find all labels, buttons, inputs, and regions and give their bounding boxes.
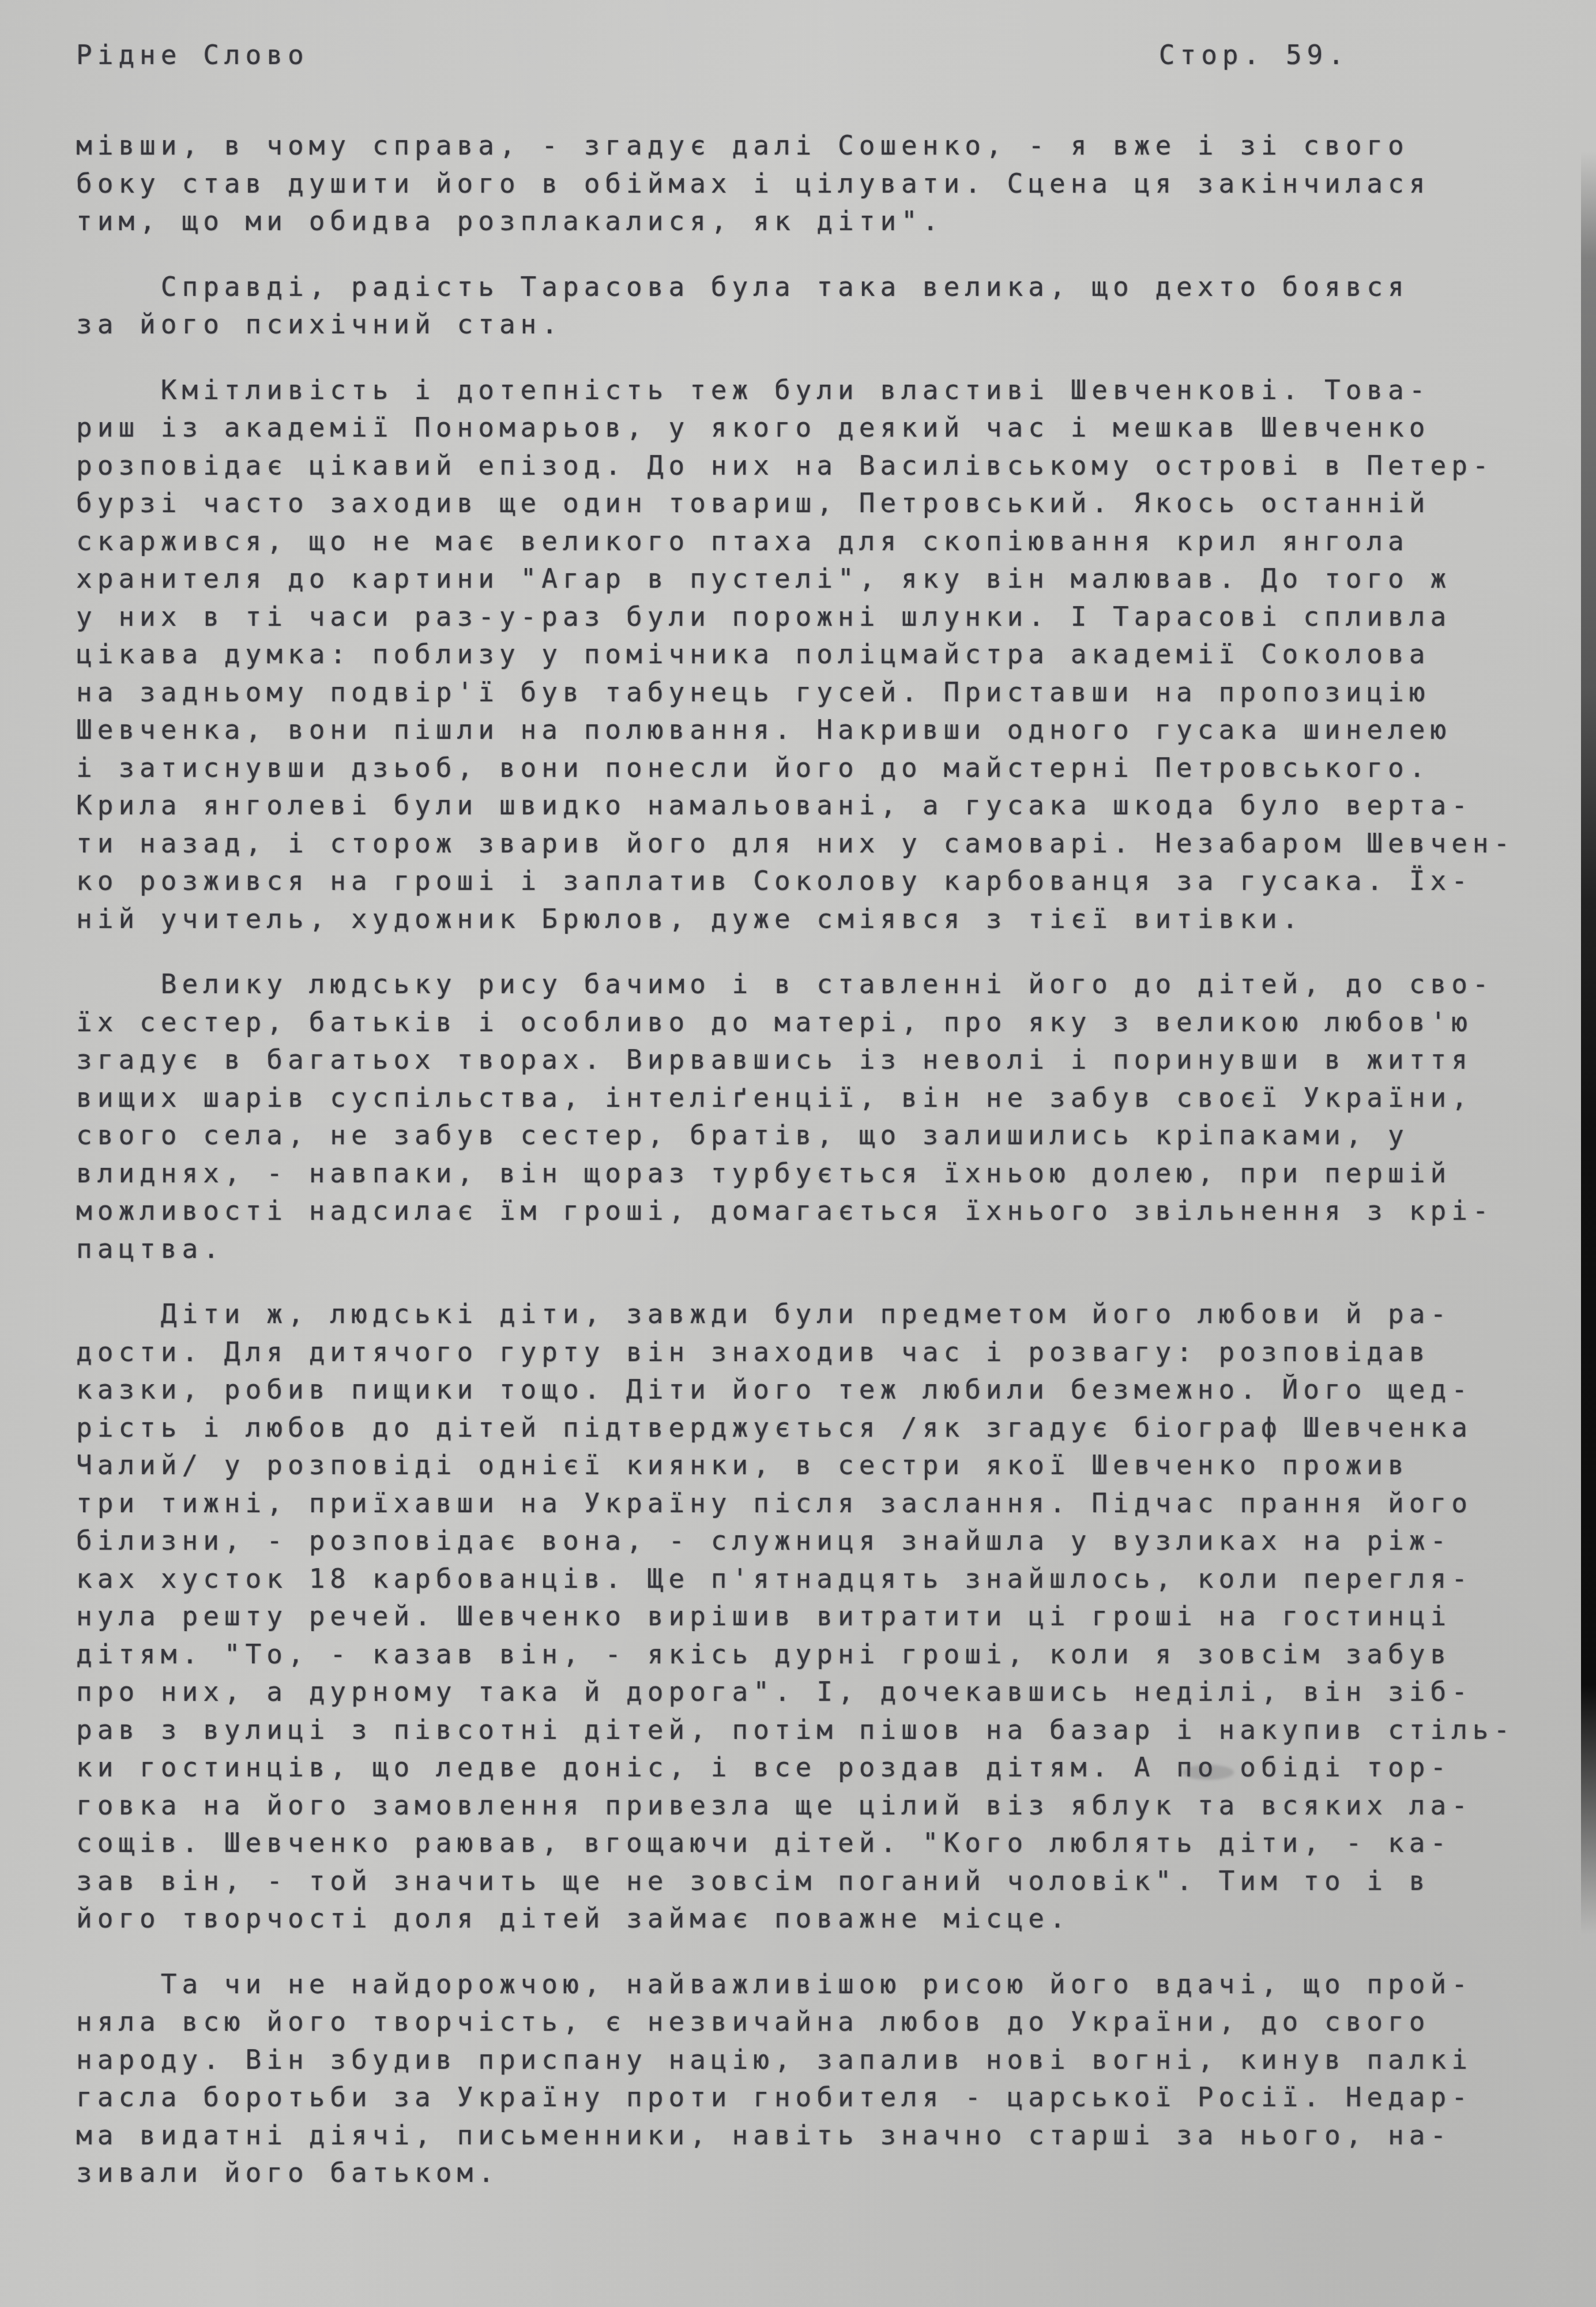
scan-smudge-artifact [1182,1765,1234,1780]
publication-title: Рідне Слово [76,36,309,74]
paragraph-family-devotion: Велику людську рису бачимо і в ставленні… [76,965,1550,1268]
document-page: Рідне Слово Стор. 59. мівши, в чому спра… [0,0,1596,2307]
document-body: мівши, в чому справа, - згадує далі Соше… [0,74,1596,2192]
paragraph-tarasova-joy: Справді, радість Тарасова була така вели… [76,268,1550,344]
page-header: Рідне Слово Стор. 59. [0,0,1596,74]
paragraph-love-of-children: Діти ж, людські діти, завжди були предме… [76,1295,1550,1938]
paragraph-goose-anecdote: Кмітливість і дотепність теж були власти… [76,371,1550,938]
paragraph-continuation-soshenko: мівши, в чому справа, - згадує далі Соше… [76,127,1550,241]
paragraph-love-of-ukraine: Та чи не найдорожчою, найважливішою рисо… [76,1966,1550,2192]
scan-edge-artifact [1581,151,1596,1934]
page-number: Стор. 59. [1159,36,1349,74]
